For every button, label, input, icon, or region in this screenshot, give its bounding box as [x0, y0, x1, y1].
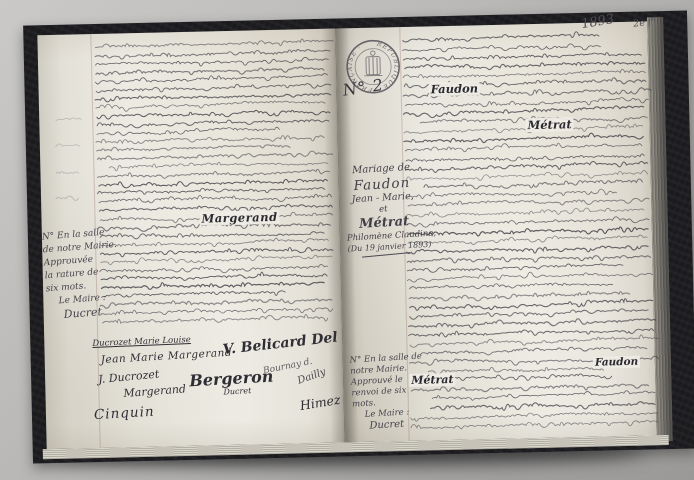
bold-name-metrat: Métrat [409, 373, 456, 387]
left-margin-approval-note: N° En la salle de notre Mairie. Approuvé… [41, 225, 132, 322]
scanned-register-photo: 1893 2e f° RÉPUBLIQUE · FRANÇAISE · N° 2… [0, 0, 694, 480]
signature: Ducret [223, 386, 251, 397]
bold-name-faudon: Faudon [429, 81, 481, 96]
right-margin-approval-note: N° En la salle de notre Mairie. Approuvé… [349, 351, 433, 432]
register-book: 1893 2e f° RÉPUBLIQUE · FRANÇAISE · N° 2… [23, 11, 694, 464]
bold-name-margerand: Margerand [199, 210, 279, 226]
stamp-crest [364, 51, 383, 76]
bold-name-faudon: Faudon [593, 356, 641, 369]
act-margin-title: Mariage de Faudon Jean - Marie, et Métra… [343, 161, 424, 257]
bold-name-metrat: Métrat [525, 117, 573, 132]
